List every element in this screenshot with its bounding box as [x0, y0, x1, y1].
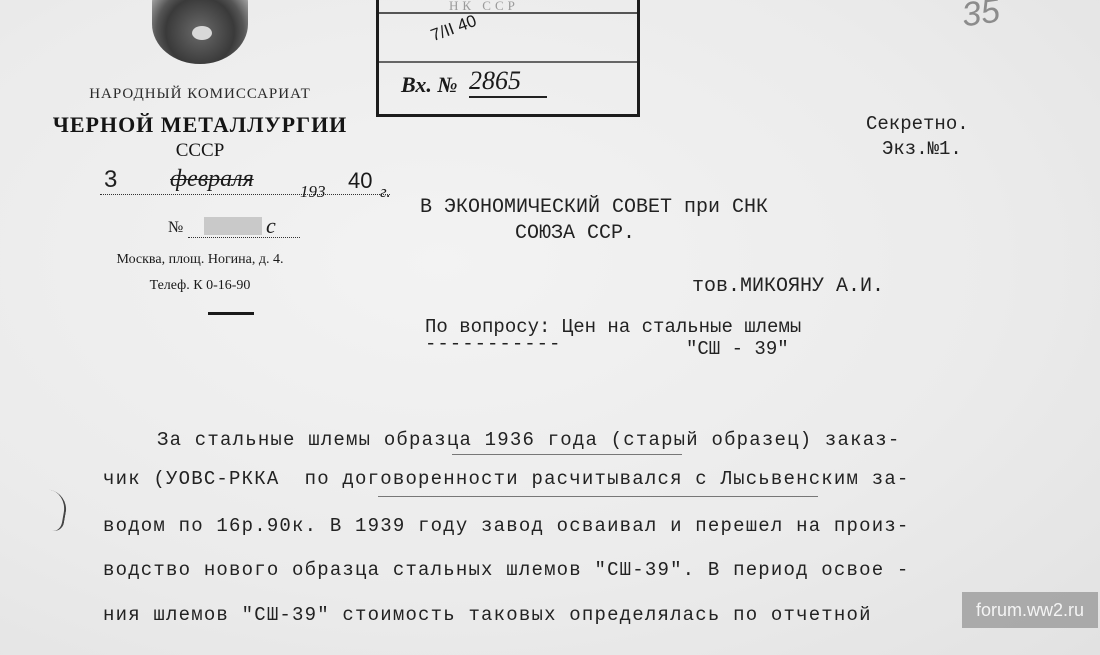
- letterhead-country: СССР: [40, 140, 360, 162]
- letterhead-phone: Телеф. К 0-16-90: [40, 278, 360, 294]
- date-year-printed: 193: [300, 182, 326, 202]
- body-line: ния шлемов "СШ-39" стоимость таковых опр…: [103, 604, 872, 626]
- addressee-line-1: В ЭКОНОМИЧЕСКИЙ СОВЕТ при СНК: [420, 196, 768, 219]
- date-dotted-line: [100, 194, 390, 195]
- stamp-incoming-label: Вх. №: [401, 72, 458, 98]
- date-year-suffix: г.: [380, 182, 391, 202]
- date-day: 3: [104, 166, 117, 194]
- stamp-divider: [379, 61, 637, 63]
- redacted-number: [204, 217, 262, 235]
- letter-date: 3 февраля 193 40 г.: [100, 166, 400, 206]
- archive-page-number: 35: [959, 0, 1002, 35]
- date-year-handwritten: 40: [348, 168, 372, 194]
- letterhead-commissariat: НАРОДНЫЙ КОМИССАРИАТ: [40, 86, 360, 103]
- letterhead-ministry: ЧЕРНОЙ МЕТАЛЛУРГИИ: [40, 112, 360, 138]
- number-suffix: с: [266, 213, 276, 239]
- copy-number: Экз.№1.: [882, 138, 962, 160]
- classification-marking: Секретно.: [866, 113, 969, 135]
- date-month: февраля: [170, 166, 254, 193]
- subject-underline: -----------: [425, 333, 561, 355]
- paper-tear-mark: [31, 488, 69, 533]
- stamp-incoming-number: 2865: [469, 66, 547, 98]
- document-page: НАРОДНЫЙ КОМИССАРИАТ ЧЕРНОЙ МЕТАЛЛУРГИИ …: [0, 0, 1100, 655]
- letterhead-address: Москва, площ. Ногина, д. 4.: [40, 252, 360, 268]
- stamp-divider: [379, 12, 637, 14]
- watermark: forum.ww2.ru: [962, 592, 1098, 628]
- body-line: водом по 16р.90к. В 1939 году завод осва…: [103, 515, 910, 537]
- stamp-date: 7/II 40: [428, 11, 479, 46]
- pencil-underline: [452, 454, 682, 455]
- body-line: За стальные шлемы образца 1936 года (ста…: [157, 429, 901, 451]
- body-line: водство нового образца стальных шлемов "…: [103, 559, 910, 581]
- coat-of-arms-emblem-icon: [152, 0, 248, 64]
- outgoing-number: № с: [168, 215, 308, 241]
- body-line: чик (УОВС-РККА по договоренности расчиты…: [103, 468, 910, 490]
- addressee-person: тов.МИКОЯНУ А.И.: [692, 275, 884, 298]
- number-label: №: [168, 219, 183, 237]
- pencil-underline: [378, 496, 818, 497]
- number-dotted-line: [188, 237, 300, 238]
- subject-line-2: "СШ - 39": [686, 338, 789, 360]
- letterhead-rule: [208, 312, 254, 315]
- incoming-registration-stamp: НК ССР 7/II 40 Вх. № 2865: [376, 0, 640, 117]
- addressee-line-2: СОЮЗА ССР.: [515, 222, 635, 245]
